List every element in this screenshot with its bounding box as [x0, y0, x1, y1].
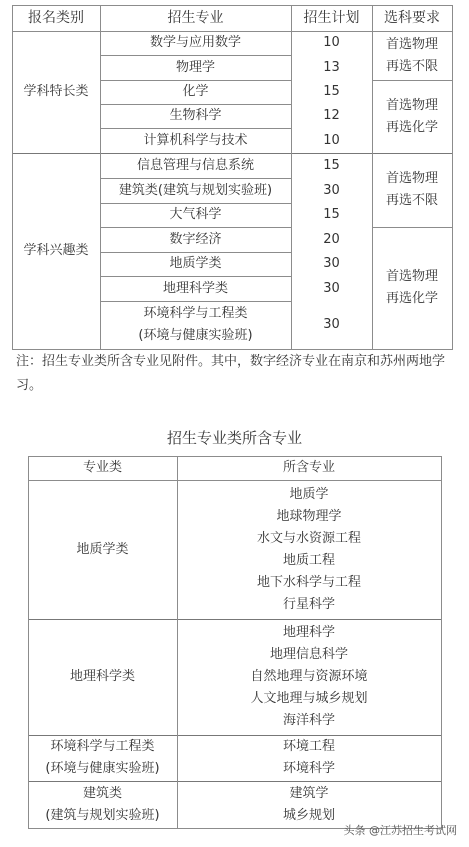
plan-cell: 30: [291, 276, 372, 301]
major-cell: 环境科学与工程类 (环境与健康实验班): [100, 301, 291, 349]
major-cell: 数学与应用数学: [100, 31, 291, 55]
plan-cell: 30: [291, 301, 372, 349]
footnote: 注：招生专业类所含专业见附件。其中，数字经济专业在南京和苏州两地学习。: [16, 350, 456, 398]
category-cell: 环境科学与工程类 (环境与健康实验班): [28, 735, 177, 781]
table1-right-border: [452, 5, 453, 350]
category-line: (环境与健康实验班): [45, 758, 159, 780]
plan-cell: 15: [291, 153, 372, 178]
requirement-line: 首选物理: [386, 266, 438, 288]
major-item: 地质工程: [283, 550, 335, 572]
plan-cell: 15: [291, 203, 372, 227]
category-cell: 建筑类 (建筑与规划实验班): [28, 781, 177, 828]
watermark: 头条 @江苏招生考试网: [344, 822, 458, 838]
plan-cell: 20: [291, 227, 372, 252]
majors-cell: 地理科学 地理信息科学 自然地理与资源环境 人文地理与城乡规划 海洋科学: [177, 619, 441, 735]
major-item: 人文地理与城乡规划: [250, 688, 367, 710]
plan-cell: 13: [291, 55, 372, 80]
header-category: 报名类别: [12, 5, 100, 31]
requirement-cell: 首选物理 再选不限: [372, 31, 452, 80]
plan-cell: 10: [291, 128, 372, 153]
header-category: 专业类: [28, 456, 177, 480]
major-cell: 化学: [100, 80, 291, 104]
requirement-line: 再选化学: [386, 117, 438, 139]
major-cell: 数字经济: [100, 227, 291, 252]
header-requirement: 选科要求: [372, 5, 452, 31]
major-cell: 信息管理与信息系统: [100, 153, 291, 178]
requirement-cell: 首选物理 再选化学: [372, 227, 452, 349]
majors-cell: 建筑学 城乡规划: [177, 781, 441, 828]
major-item: 环境工程: [283, 736, 335, 758]
major-item: 地下水科学与工程: [257, 572, 361, 594]
major-item: 自然地理与资源环境: [250, 666, 367, 688]
category-cell: 地理科学类: [28, 619, 177, 735]
major-item: 环境科学: [283, 758, 335, 780]
header-plan: 招生计划: [291, 5, 372, 31]
category-cell: 学科特长类: [12, 31, 100, 153]
major-line: 环境科学与工程类: [143, 303, 247, 325]
requirement-line: 首选物理: [386, 168, 438, 190]
major-cell: 大气科学: [100, 203, 291, 227]
category-line: 建筑类: [83, 783, 122, 805]
major-cell: 物理学: [100, 55, 291, 80]
requirement-line: 再选化学: [386, 288, 438, 310]
majors-cell: 环境工程 环境科学: [177, 735, 441, 781]
category-cell: 地质学类: [28, 480, 177, 619]
category-line: 环境科学与工程类: [50, 736, 154, 758]
category-line: (建筑与规划实验班): [45, 805, 159, 827]
plan-cell: 15: [291, 80, 372, 104]
major-cell: 生物科学: [100, 104, 291, 128]
requirement-line: 再选不限: [386, 56, 438, 78]
header-major: 招生专业: [100, 5, 291, 31]
requirement-line: 首选物理: [386, 34, 438, 56]
major-cell: 地理科学类: [100, 276, 291, 301]
table2-title: 招生专业类所含专业: [0, 427, 469, 448]
major-item: 水文与水资源工程: [257, 528, 361, 550]
major-cell: 地质学类: [100, 252, 291, 276]
major-item: 地球物理学: [276, 506, 341, 528]
major-item: 建筑学: [289, 783, 328, 805]
major-cell: 建筑类(建筑与规划实验班): [100, 178, 291, 203]
plan-cell: 30: [291, 178, 372, 203]
major-item: 地理信息科学: [270, 644, 348, 666]
requirement-cell: 首选物理 再选不限: [372, 153, 452, 227]
major-cell: 计算机科学与技术: [100, 128, 291, 153]
requirement-line: 再选不限: [386, 190, 438, 212]
header-majors: 所含专业: [177, 456, 441, 480]
major-item: 海洋科学: [283, 710, 335, 732]
major-item: 城乡规划: [283, 805, 335, 827]
requirement-line: 首选物理: [386, 95, 438, 117]
plan-cell: 10: [291, 31, 372, 55]
requirement-cell: 首选物理 再选化学: [372, 80, 452, 153]
plan-cell: 30: [291, 252, 372, 276]
plan-cell: 12: [291, 104, 372, 128]
major-item: 地理科学: [283, 622, 335, 644]
major-line: (环境与健康实验班): [138, 325, 252, 347]
category-cell: 学科兴趣类: [12, 153, 100, 349]
majors-cell: 地质学 地球物理学 水文与水资源工程 地质工程 地下水科学与工程 行星科学: [177, 480, 441, 619]
major-item: 行星科学: [283, 594, 335, 616]
major-item: 地质学: [289, 484, 328, 506]
